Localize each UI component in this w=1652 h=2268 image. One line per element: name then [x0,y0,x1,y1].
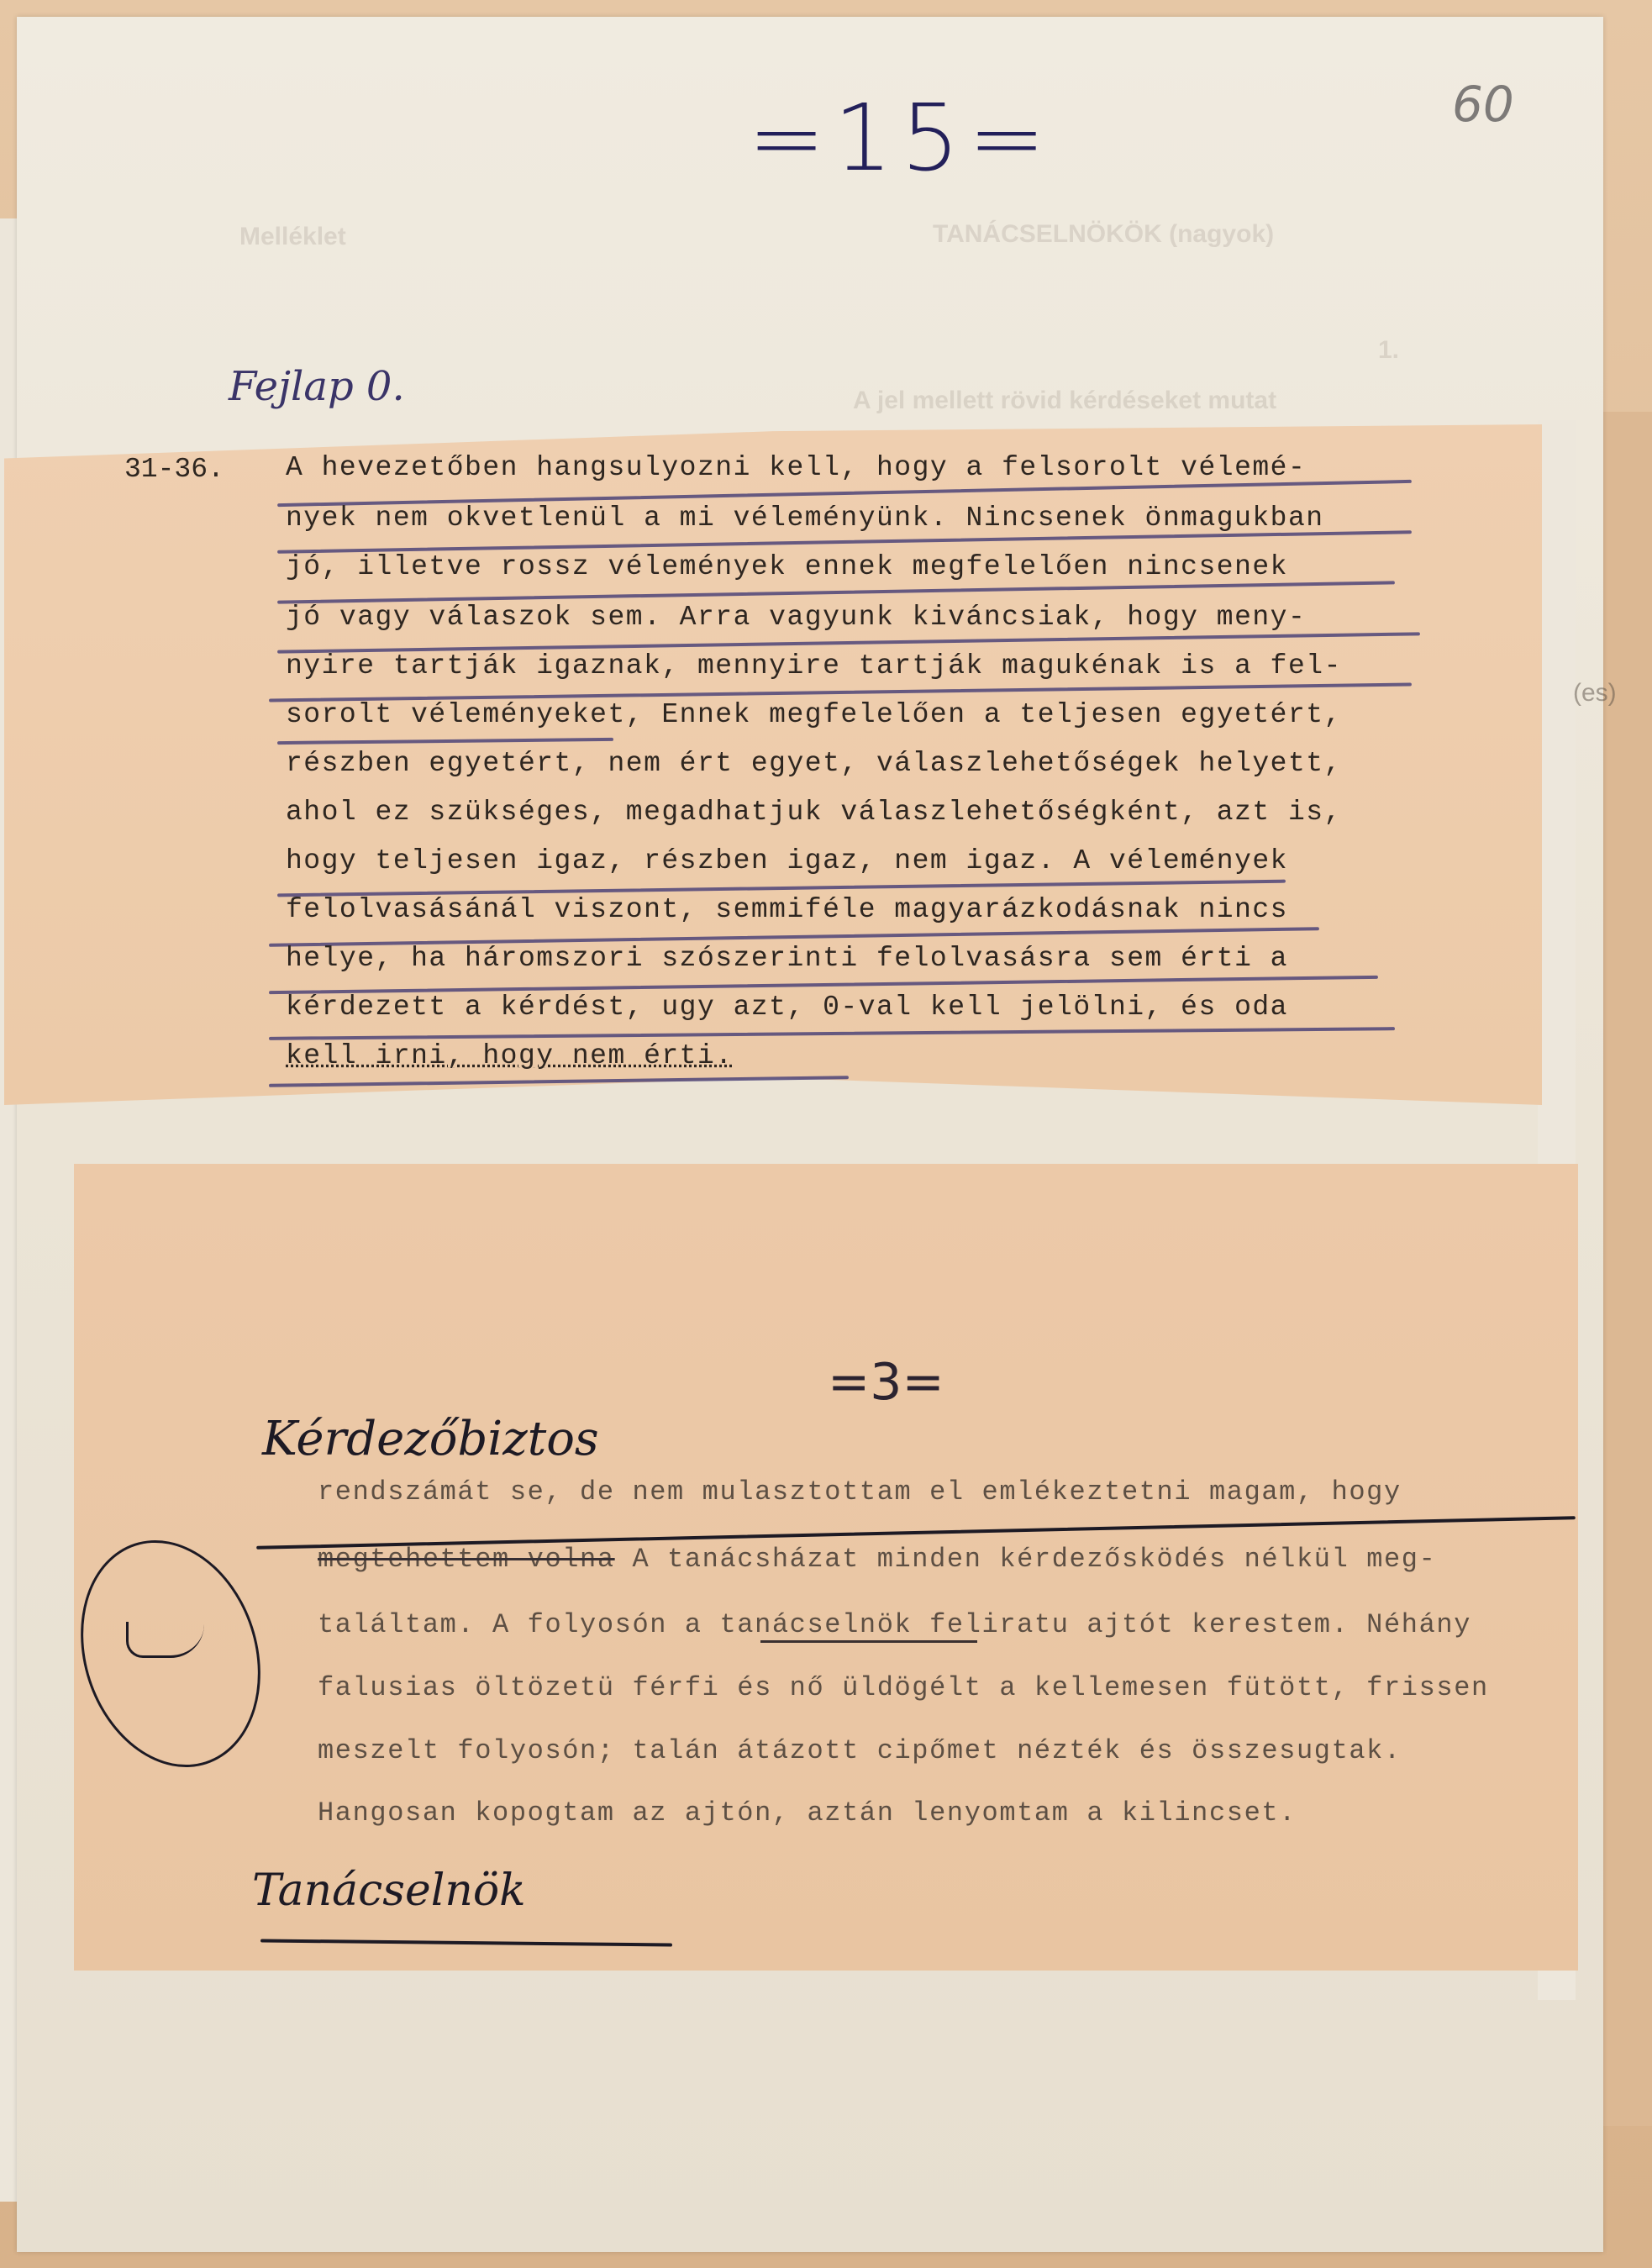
item-range-label: 31-36. [124,454,224,485]
ghost-line-2: A jel mellett rövid kérdéseket mutat [853,387,1276,415]
ghost-line-1: 1. [1378,336,1399,365]
story-line: megtehettem volna A tanácsházat minden k… [318,1546,1436,1573]
ghost-header-left: Melléklet [239,223,346,251]
clipping-line: kell irni, hogy nem érti. [286,1042,734,1070]
underline-tanacselnok [760,1640,977,1643]
clipping-line: ahol ez szükséges, megadhatjuk válaszleh… [286,798,1342,826]
story-line: meszelt folyosón; talán átázott cipőmet … [318,1738,1402,1765]
struck-text: megtehettem volna [318,1544,615,1575]
clipping-line: helye, ha háromszori szószerinti felolva… [286,945,1288,972]
handwritten-note-tanacselnok: Tanácselnök [252,1865,526,1916]
handwritten-note-kerdezobiztos: Kérdezőbiztos [262,1412,599,1466]
archive-number: 60 [1452,76,1514,133]
clipping-line: nyire tartják igaznak, mennyire tartják … [286,652,1342,680]
ghost-header-right: TANÁCSELNÖKÖK (nagyok) [933,220,1274,249]
ghost-line-3: (es) [1573,679,1617,708]
clipping-line: felolvasásánál viszont, semmiféle magyar… [286,896,1288,924]
story-line: rendszámát se, de nem mulasztottam el em… [318,1479,1402,1506]
clipping-line: A hevezetőben hangsulyozni kell, hogy a … [286,454,1306,481]
handwritten-page-number: =15= [748,84,1054,192]
clipping-line: részben egyetért, nem ért egyet, válaszl… [286,750,1342,777]
clipping-line: hogy teljesen igaz, részben igaz, nem ig… [286,847,1288,875]
clipping-line: kérdezett a kérdést, ugy azt, 0-val kell… [286,993,1288,1021]
story-line: falusias öltözetü férfi és nő üldögélt a… [318,1675,1489,1702]
story-text: A tanácsházat minden kérdezősködés nélkü… [615,1544,1437,1575]
clipping-line: jó vagy válaszok sem. Arra vagyunk kiván… [286,603,1306,631]
story-line: Hangosan kopogtam az ajtón, aztán lenyom… [318,1800,1297,1827]
clipping-line: jó, illetve rossz vélemények ennek megfe… [286,553,1288,581]
clipping-line: sorolt véleményeket, Ennek megfelelően a… [286,701,1342,729]
story-line: találtam. A folyosón a tanácselnök felir… [318,1612,1471,1639]
clipping-page-number: =3= [828,1353,944,1412]
clipping-line: nyek nem okvetlenül a mi véleményünk. Ni… [286,504,1324,532]
handwritten-author-note: Fejlap 0. [229,363,405,410]
